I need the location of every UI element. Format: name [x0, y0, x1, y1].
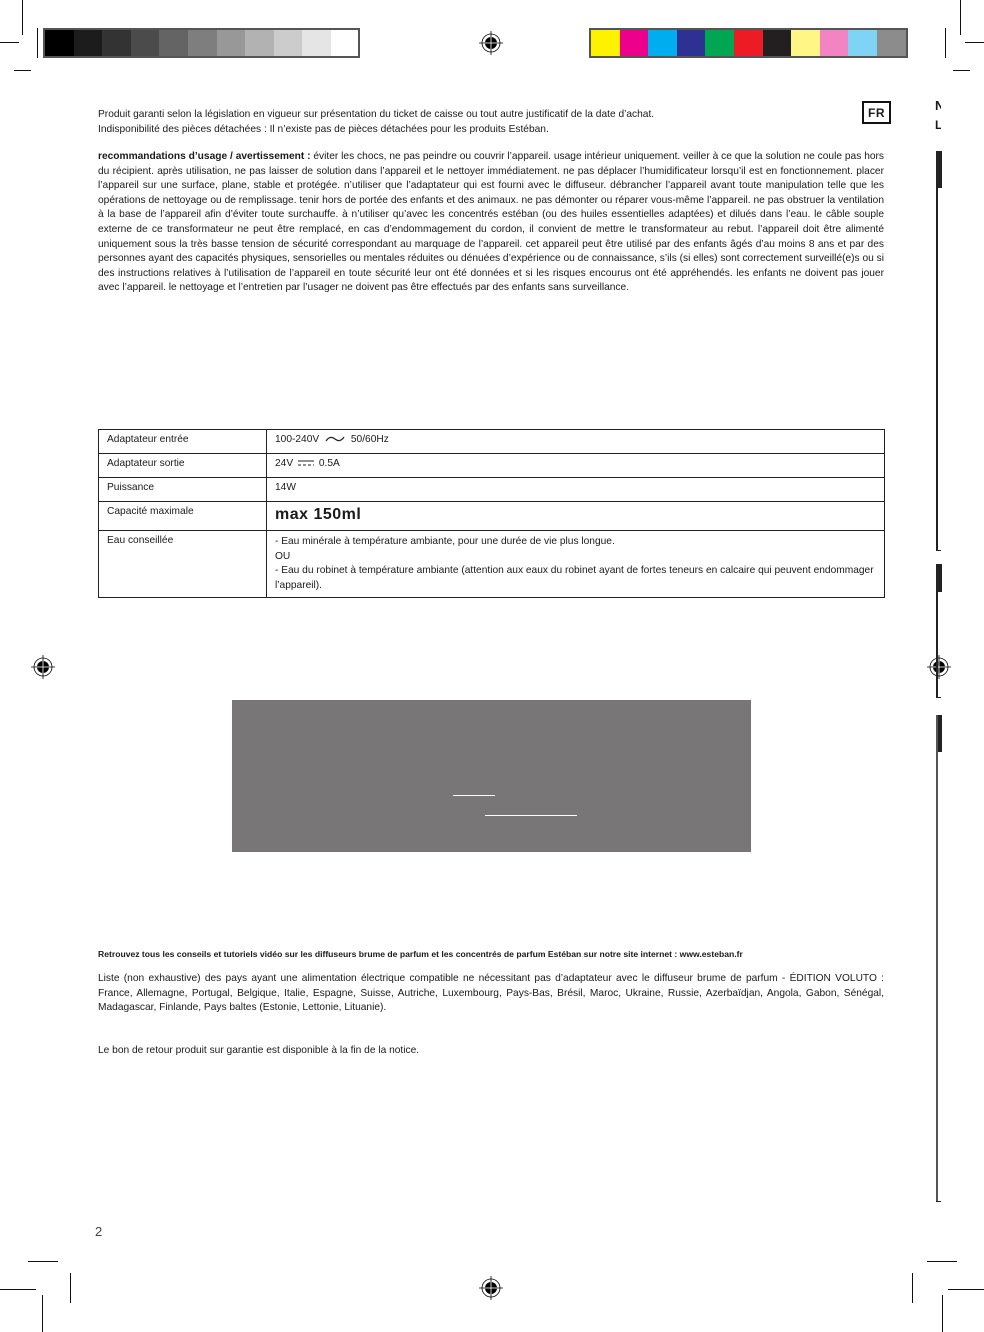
compatible-countries-paragraph: Liste (non exhaustive) des pays ayant un…: [98, 972, 884, 1016]
table-row: Adaptateur entrée 100-240V 50/60Hz: [99, 430, 885, 454]
color-swatch: [877, 30, 906, 56]
table-row: Puissance 14W: [99, 478, 885, 502]
specifications-table: Adaptateur entrée 100-240V 50/60Hz Adapt…: [98, 429, 885, 598]
grayscale-color-bar: [43, 28, 360, 58]
color-swatch: [620, 30, 649, 56]
spec-label: Adaptateur sortie: [99, 454, 267, 478]
spec-value: 14W: [267, 478, 885, 502]
spec-value: - Eau minérale à température ambiante, p…: [267, 531, 885, 598]
color-swatch: [102, 30, 131, 56]
color-swatch: [848, 30, 877, 56]
color-swatch: [274, 30, 303, 56]
color-swatch: [159, 30, 188, 56]
color-swatch: [331, 30, 358, 56]
registration-mark-icon: [926, 654, 952, 680]
spec-label: Capacité maximale: [99, 502, 267, 531]
recommendations-body: éviter les chocs, ne pas peindre ou couv…: [98, 151, 884, 293]
spec-value: 100-240V 50/60Hz: [267, 430, 885, 454]
color-swatch: [734, 30, 763, 56]
recommendations-heading: recommandations d’usage / avertissement …: [98, 151, 311, 162]
color-swatch: [131, 30, 160, 56]
color-swatch: [245, 30, 274, 56]
warranty-line: Produit garanti selon la législation en …: [98, 108, 884, 123]
color-swatch: [188, 30, 217, 56]
side-tab-letter: L: [935, 118, 941, 132]
color-swatch: [648, 30, 677, 56]
color-swatch: [763, 30, 792, 56]
warranty-section: Produit garanti selon la législation en …: [98, 108, 884, 137]
table-row: Eau conseillée - Eau minérale à températ…: [99, 531, 885, 598]
dc-symbol-icon: [297, 459, 315, 467]
color-swatch: [302, 30, 331, 56]
registration-mark-icon: [478, 1275, 504, 1301]
color-swatch: [45, 30, 74, 56]
color-swatch: [217, 30, 246, 56]
color-swatch: [705, 30, 734, 56]
registration-mark-icon: [478, 30, 504, 56]
page-number: 2: [95, 1224, 102, 1239]
spec-label: Adaptateur entrée: [99, 430, 267, 454]
spec-label: Eau conseillée: [99, 531, 267, 598]
color-swatch: [677, 30, 706, 56]
spec-value: max 150ml: [267, 502, 885, 531]
color-swatch: [591, 30, 620, 56]
color-swatch: [820, 30, 849, 56]
tutorials-note: Retrouvez tous les conseils et tutoriels…: [98, 947, 884, 962]
side-tab-letter: N: [935, 98, 941, 113]
table-row: Capacité maximale max 150ml: [99, 502, 885, 531]
registration-mark-icon: [30, 654, 56, 680]
table-row: Adaptateur sortie 24V 0.5A: [99, 454, 885, 478]
spec-label: Puissance: [99, 478, 267, 502]
recommendations-paragraph: recommandations d’usage / avertissement …: [98, 150, 884, 296]
ac-symbol-icon: [325, 435, 345, 443]
spare-parts-line: Indisponibilité des pièces détachées : I…: [98, 123, 884, 138]
process-color-bar: [589, 28, 908, 58]
color-swatch: [74, 30, 103, 56]
return-form-note: Le bon de retour produit sur garantie es…: [98, 1044, 884, 1059]
color-swatch: [791, 30, 820, 56]
spec-value: 24V 0.5A: [267, 454, 885, 478]
redacted-image-block: [232, 700, 751, 852]
